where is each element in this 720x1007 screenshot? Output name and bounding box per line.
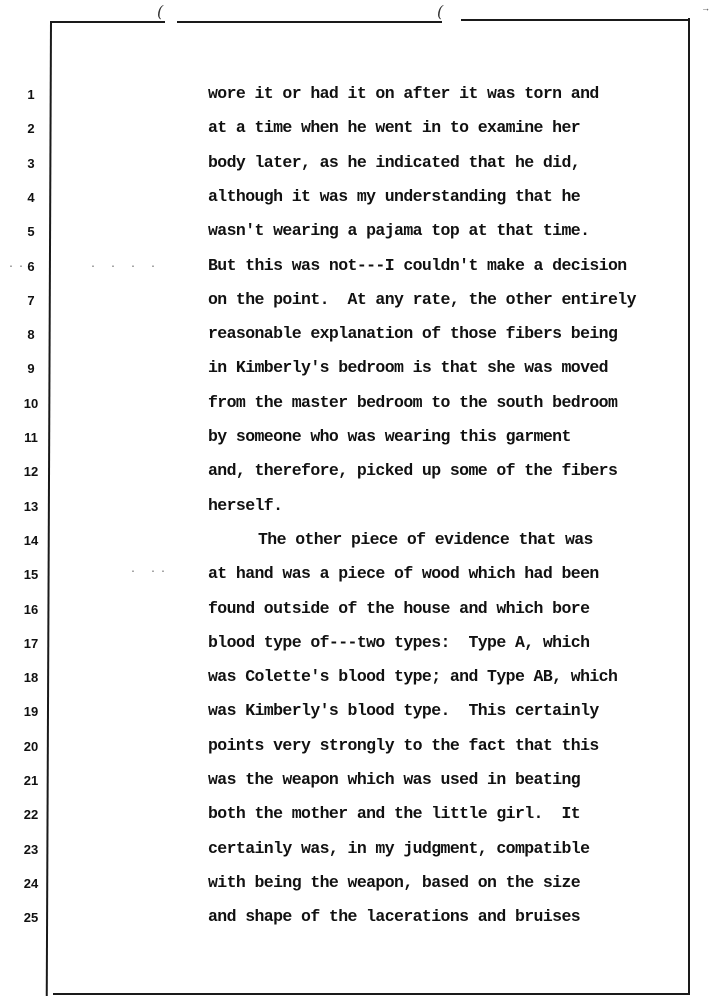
header-mark-center: (: [437, 2, 443, 21]
transcript-line: by someone who was wearing this garment: [208, 427, 571, 446]
transcript-line: found outside of the house and which bor…: [208, 599, 589, 618]
transcript-line: in Kimberly's bedroom is that she was mo…: [208, 358, 608, 377]
transcript-page: ( ( → ·· · · · · · ·· 1wore it or had it…: [0, 0, 720, 1007]
line-number: 22: [20, 807, 42, 822]
transcript-line: and, therefore, picked up some of the fi…: [208, 461, 617, 480]
transcript-line: although it was my understanding that he: [208, 187, 580, 206]
page-border-bottom: [53, 993, 690, 995]
line-number: 7: [20, 293, 42, 308]
transcript-line: body later, as he indicated that he did,: [208, 153, 580, 172]
transcript-line: reasonable explanation of those fibers b…: [208, 324, 617, 343]
line-number: 19: [20, 704, 42, 719]
page-border-top-left: [50, 21, 165, 23]
transcript-line: was the weapon which was used in beating: [208, 770, 580, 789]
transcript-line: both the mother and the little girl. It: [208, 804, 580, 823]
line-number: 20: [20, 739, 42, 754]
line-number: 15: [20, 567, 42, 582]
transcript-line: on the point. At any rate, the other ent…: [208, 290, 636, 309]
line-number: 25: [20, 910, 42, 925]
scan-speckle: · · · ·: [90, 262, 160, 273]
transcript-line: certainly was, in my judgment, compatibl…: [208, 839, 589, 858]
line-number: 4: [20, 190, 42, 205]
line-number: 18: [20, 670, 42, 685]
line-number: 16: [20, 602, 42, 617]
transcript-line: wore it or had it on after it was torn a…: [208, 84, 599, 103]
line-number: 12: [20, 464, 42, 479]
transcript-line: and shape of the lacerations and bruises: [208, 907, 580, 926]
line-number: 2: [20, 121, 42, 136]
transcript-line: from the master bedroom to the south bed…: [208, 393, 617, 412]
scan-speckle: · ··: [130, 567, 170, 578]
line-number: 9: [20, 361, 42, 376]
line-number: 21: [20, 773, 42, 788]
transcript-line: at a time when he went in to examine her: [208, 118, 580, 137]
line-number: 10: [20, 396, 42, 411]
page-border-top-center: [177, 21, 442, 23]
corner-mark: →: [703, 4, 708, 14]
page-border-right: [688, 18, 690, 994]
transcript-line: with being the weapon, based on the size: [208, 873, 580, 892]
line-number: 8: [20, 327, 42, 342]
line-number: 13: [20, 499, 42, 514]
transcript-line: blood type of---two types: Type A, which: [208, 633, 589, 652]
header-mark-left: (: [157, 2, 163, 21]
page-border-top-right: [461, 19, 690, 21]
transcript-line: wasn't wearing a pajama top at that time…: [208, 221, 589, 240]
line-number: 1: [20, 87, 42, 102]
transcript-line: But this was not---I couldn't make a dec…: [208, 256, 627, 275]
transcript-line: The other piece of evidence that was: [258, 530, 593, 549]
page-border-left: [46, 21, 52, 996]
line-number: 24: [20, 876, 42, 891]
line-number: 23: [20, 842, 42, 857]
line-number: 11: [20, 430, 42, 445]
line-number: 5: [20, 224, 42, 239]
line-number: 17: [20, 636, 42, 651]
transcript-line: points very strongly to the fact that th…: [208, 736, 599, 755]
line-number: 6: [20, 259, 42, 274]
transcript-line: at hand was a piece of wood which had be…: [208, 564, 599, 583]
transcript-line: was Colette's blood type; and Type AB, w…: [208, 667, 617, 686]
transcript-line: was Kimberly's blood type. This certainl…: [208, 701, 599, 720]
transcript-line: herself.: [208, 496, 282, 515]
line-number: 14: [20, 533, 42, 548]
line-number: 3: [20, 156, 42, 171]
